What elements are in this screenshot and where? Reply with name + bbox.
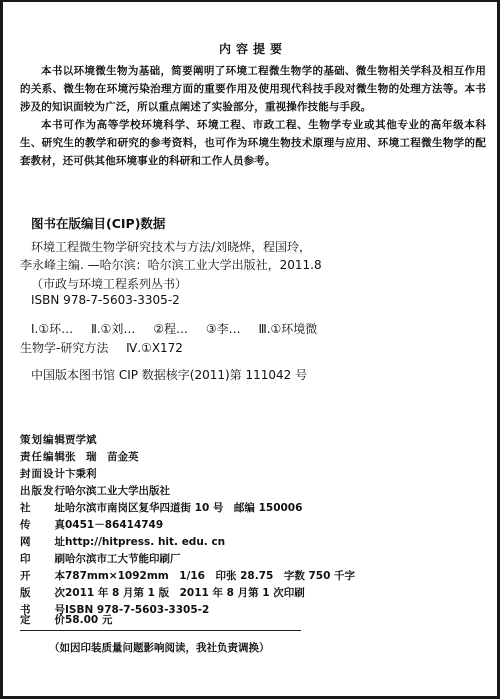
imprint-value: 哈尔滨市工大节能印刷厂 — [65, 551, 181, 568]
cip-line: 环境工程微生物学研究技术与方法/刘晓烨，程国玲， — [31, 238, 311, 255]
summary-paragraph: 本书可作为高等学校环境科学、环境工程、市政工程、生物学专业或其他专业的高年级本科… — [20, 116, 486, 170]
imprint-row: 封面设计卞秉利 — [20, 466, 97, 483]
cip-classification-line: Ⅰ.①环… Ⅱ.①刘… ②程… ③李… Ⅲ.①环境微 — [31, 320, 317, 337]
imprint-value: 0451－86414749 — [65, 517, 163, 534]
imprint-value: 哈尔滨工业大学出版社 — [65, 483, 170, 500]
quality-note: （如因印装质量问题影响阅读，我社负责调换） — [49, 640, 270, 655]
imprint-row: 版次2011 年 8 月第 1 版 2011 年 8 月第 1 次印刷 — [20, 585, 305, 602]
imprint-value: http://hitpress. hit. edu. cn — [65, 534, 225, 551]
cls-item: Ⅳ.①X172 — [126, 341, 183, 355]
imprint-value: 张 瑞 苗金英 — [65, 449, 139, 466]
imprint-row: 网址http://hitpress. hit. edu. cn — [20, 534, 225, 551]
imprint-value: 卞秉利 — [65, 466, 97, 483]
imprint-label: 网址 — [20, 534, 65, 551]
imprint-label: 策划编辑 — [20, 432, 65, 449]
cip-line: （市政与环境工程系列丛书） — [31, 275, 187, 292]
imprint-value: 58.00 元 — [65, 612, 112, 629]
imprint-row: 开本787mm×1092mm 1/16 印张 28.75 字数 750 千字 — [20, 568, 355, 585]
imprint-row: 传真0451－86414749 — [20, 517, 163, 534]
cip-isbn: ISBN 978-7-5603-3305-2 — [31, 293, 180, 307]
imprint-label: 印刷 — [20, 551, 65, 568]
imprint-row: 印刷哈尔滨市工大节能印刷厂 — [20, 551, 181, 568]
cip-classification-line: 生物学-研究方法 Ⅳ.①X172 — [20, 339, 183, 356]
imprint-label: 定价 — [20, 612, 65, 629]
imprint-label: 出版发行 — [20, 483, 65, 500]
imprint-label: 开本 — [20, 568, 65, 585]
imprint-value: 787mm×1092mm 1/16 印张 28.75 字数 750 千字 — [65, 568, 355, 585]
cls-item: ②程… — [153, 322, 188, 336]
imprint-label: 封面设计 — [20, 466, 65, 483]
imprint-label: 责任编辑 — [20, 449, 65, 466]
cls-item: 生物学-研究方法 — [20, 341, 108, 355]
imprint-value: 哈尔滨市南岗区复华四道街 10 号 邮编 150006 — [65, 500, 302, 517]
imprint-label: 传真 — [20, 517, 65, 534]
cip-line: 李永峰主编. —哈尔滨：哈尔滨工业大学出版社，2011.8 — [20, 256, 322, 273]
imprint-row: 出版发行哈尔滨工业大学出版社 — [20, 483, 170, 500]
imprint-label: 版次 — [20, 585, 65, 602]
imprint-row: 定价58.00 元 — [20, 612, 112, 629]
imprint-row: 社址哈尔滨市南岗区复华四道街 10 号 邮编 150006 — [20, 500, 302, 517]
cls-item: ③李… — [206, 322, 241, 336]
imprint-row: 责任编辑张 瑞 苗金英 — [20, 449, 139, 466]
cls-item: Ⅲ.①环境微 — [258, 322, 317, 336]
imprint-row: 策划编辑贾学斌 — [20, 432, 97, 449]
cip-heading: 图书在版编目(CIP)数据 — [31, 214, 165, 232]
divider-rule — [20, 630, 301, 631]
imprint-label: 社址 — [20, 500, 65, 517]
cls-item: Ⅰ.①环… — [31, 322, 73, 336]
summary-paragraph: 本书以环境微生物为基础，简要阐明了环境工程微生物学的基础、微生物相关学科及相互作… — [20, 62, 486, 116]
cip-record-number: 中国版本图书馆 CIP 数据核字(2011)第 111042 号 — [31, 366, 307, 383]
cls-item: Ⅱ.①刘… — [91, 322, 135, 336]
imprint-value: 2011 年 8 月第 1 版 2011 年 8 月第 1 次印刷 — [65, 585, 305, 602]
copyright-page: 内容提要 本书以环境微生物为基础，简要阐明了环境工程微生物学的基础、微生物相关学… — [0, 0, 500, 699]
imprint-value: 贾学斌 — [65, 432, 97, 449]
summary-title: 内容提要 — [3, 40, 500, 57]
